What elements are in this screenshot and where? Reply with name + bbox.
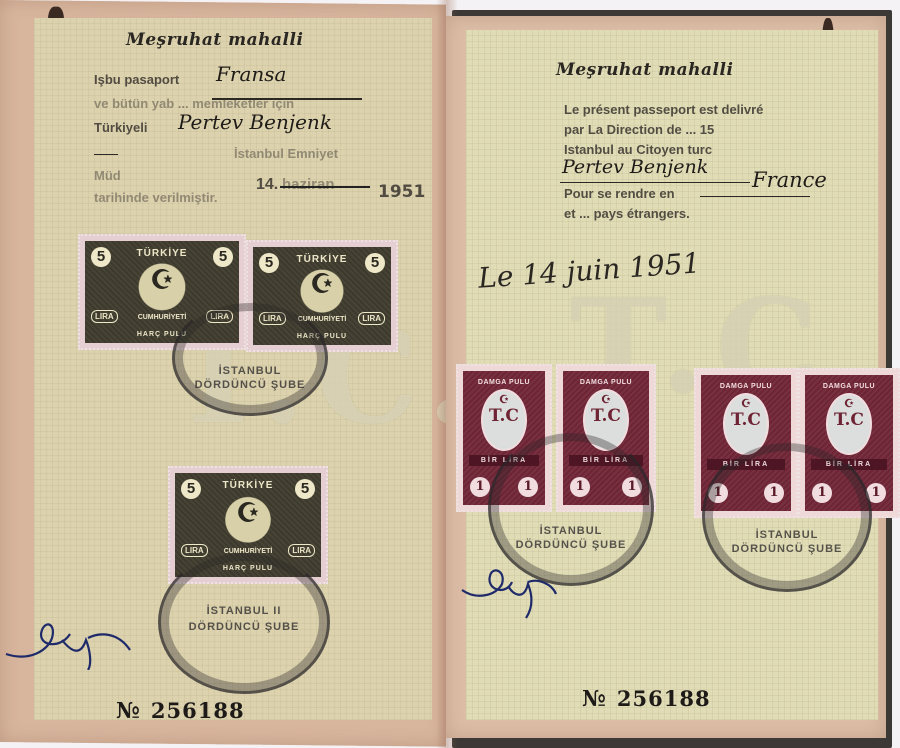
postmark-text: DÖRDÜNCÜ ŞUBE (705, 543, 869, 555)
citizen-name-handwritten: Pertev Benjenk (562, 156, 708, 178)
numero-sign: № (116, 698, 141, 724)
numero-sign: № (582, 686, 607, 712)
destination-handwritten: France (752, 168, 827, 192)
postmark: İSTANBUL DÖRDÜNCÜ ŞUBE (702, 440, 872, 592)
stamp-unit: LIRA (358, 312, 385, 325)
left-line1-label: Işbu pasaport (94, 72, 179, 87)
postmark-text: DÖRDÜNCÜ ŞUBE (491, 539, 651, 551)
stamp-unit: LIRA (288, 544, 315, 557)
crescent-icon: ☪ (725, 397, 767, 410)
underline (700, 196, 810, 197)
left-line5: Müd (94, 168, 121, 183)
postmark: İSTANBUL DÖRDÜNCÜ ŞUBE (172, 300, 328, 416)
crescent-icon: ☪ (828, 397, 870, 410)
right-line1: Le présent passeport est delivré (564, 102, 763, 117)
right-line2: par La Direction de ... 15 (564, 122, 714, 137)
underline (560, 182, 750, 183)
stamp-value: 5 (213, 247, 233, 267)
left-line3-label: Türkiyeli (94, 120, 147, 135)
right-line6: et ... pays étrangers. (564, 206, 690, 221)
postmark-text: İSTANBUL (491, 525, 651, 537)
stamp-value: 5 (365, 253, 385, 273)
postmark: İSTANBUL II DÖRDÜNCÜ ŞUBE (158, 550, 330, 694)
emblem-oval: ☪T.C (826, 393, 872, 455)
stamp-value: 1 (470, 477, 490, 497)
crescent-star-icon: ☪ (236, 497, 259, 528)
right-line5: Pour se rendre en (564, 186, 675, 201)
stamp-value: 5 (295, 479, 315, 499)
stamp-label: DAMGA PULU (701, 383, 791, 390)
issue-month-struck: haziran (282, 176, 335, 193)
holder-name-handwritten: Pertev Benjenk (178, 110, 332, 134)
stamp-emblem: T.C (585, 406, 627, 426)
left-line2: ve bütün yab ... memleketler için (94, 96, 294, 111)
stamp-emblem: T.C (828, 410, 870, 430)
serial-number-left: №256188 (116, 698, 245, 724)
postmark-text: İSTANBUL II (161, 605, 327, 617)
crescent-star-icon: ☪ (150, 264, 173, 295)
crescent-icon: ☪ (483, 393, 525, 406)
right-heading: Meşruhat mahalli (556, 60, 733, 80)
issue-day: 14. (256, 176, 278, 194)
stamp-label: DAMGA PULU (463, 379, 545, 386)
postmark-text: DÖRDÜNCÜ ŞUBE (175, 379, 325, 391)
strike-line (280, 186, 370, 188)
left-line4: İstanbul Emniyet (234, 146, 338, 161)
right-line3: Istanbul au Citoyen turc (564, 142, 712, 157)
crescent-icon: ☪ (585, 393, 627, 406)
postmark-text: İSTANBUL (705, 529, 869, 541)
initials-signature (0, 610, 140, 670)
emblem-oval: ☪T.C (481, 389, 527, 451)
stamp-label: DAMGA PULU (563, 379, 649, 386)
postmark-text: DÖRDÜNCÜ ŞUBE (161, 621, 327, 633)
serial-value: 256188 (617, 686, 711, 711)
postmark-text: İSTANBUL (175, 365, 325, 377)
destination-handwritten: Fransa (216, 62, 286, 86)
left-heading: Meşruhat mahalli (126, 30, 303, 50)
dash (94, 154, 118, 155)
crescent-icon: ☪ (310, 269, 333, 300)
initials-signature (456, 560, 576, 620)
left-line6: tarihinde verilmiştir. (94, 190, 218, 205)
stamp-emblem: T.C (725, 410, 767, 430)
stamp-label: DAMGA PULU (805, 383, 893, 390)
serial-number-right: №256188 (582, 686, 711, 712)
stamp-emblem: T.C (483, 406, 525, 426)
issue-year: 1951 (378, 182, 425, 202)
serial-value: 256188 (151, 698, 245, 723)
